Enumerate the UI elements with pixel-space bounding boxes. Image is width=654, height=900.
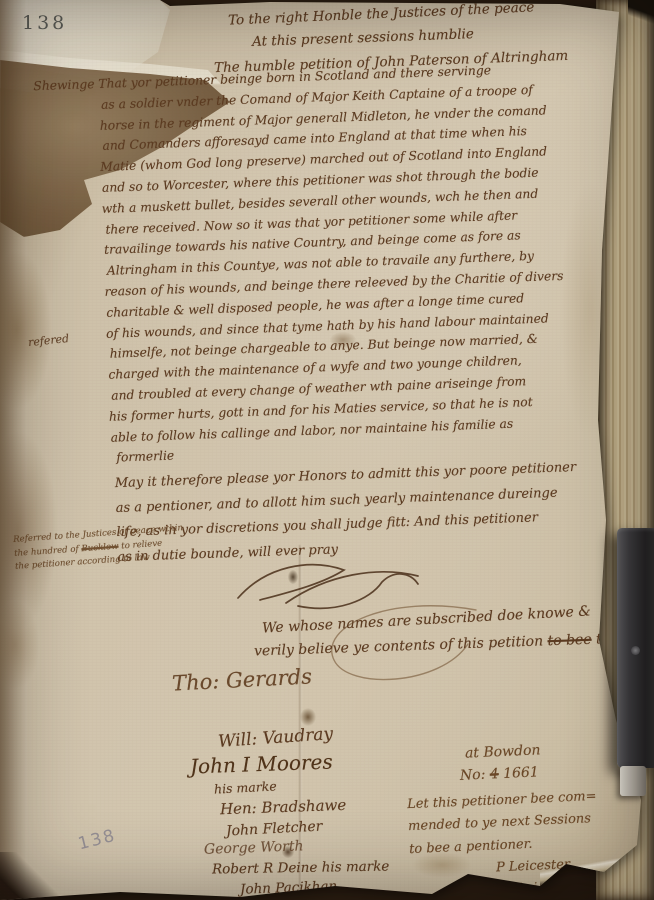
witness-signature: John Pacikhan bbox=[240, 878, 338, 897]
sessions-endorsement: at Bowdon No: 4 1661 Let this petitioner… bbox=[405, 735, 648, 900]
signature-tho-gerards: Tho: Gerards bbox=[171, 664, 312, 695]
page-weight-clamp-tip bbox=[620, 766, 646, 796]
witness-signature: his marke bbox=[214, 778, 277, 796]
page-number-stamp: 138 bbox=[22, 12, 67, 34]
page-number-pencil: 138 bbox=[76, 826, 118, 855]
witness-signature: John Fletcher bbox=[226, 818, 323, 839]
petition-sessions-line: At this present sessions humblie bbox=[252, 26, 474, 50]
left-edge-stain bbox=[0, 0, 26, 900]
witness-signature: John I Moores bbox=[190, 750, 333, 779]
witness-signature: George Worth bbox=[204, 838, 304, 857]
petition-body: Shewinge That yor petitioner beinge born… bbox=[97, 55, 654, 469]
struck-word: Bucklow bbox=[81, 541, 119, 554]
witness-signature: Will: Vaudray bbox=[217, 724, 333, 752]
page-weight-clamp bbox=[617, 528, 654, 768]
witness-signature: Robert R Deine his marke bbox=[212, 858, 390, 877]
document-page: 138 To the right Honble the Justices of … bbox=[0, 0, 654, 900]
stain-spot bbox=[300, 708, 316, 726]
bottom-right-tear bbox=[540, 842, 654, 900]
margin-annotation: refered bbox=[27, 332, 69, 349]
petition-address-line: To the right Honble the Justices of the … bbox=[228, 0, 535, 29]
manuscript-photo: 138 To the right Honble the Justices of … bbox=[0, 0, 654, 900]
page-shadow bbox=[0, 852, 60, 900]
witness-signature: Hen: Bradshawe bbox=[220, 796, 347, 818]
struck-word: to bee bbox=[547, 632, 592, 650]
page-wrap: 138 To the right Honble the Justices of … bbox=[0, 0, 654, 900]
